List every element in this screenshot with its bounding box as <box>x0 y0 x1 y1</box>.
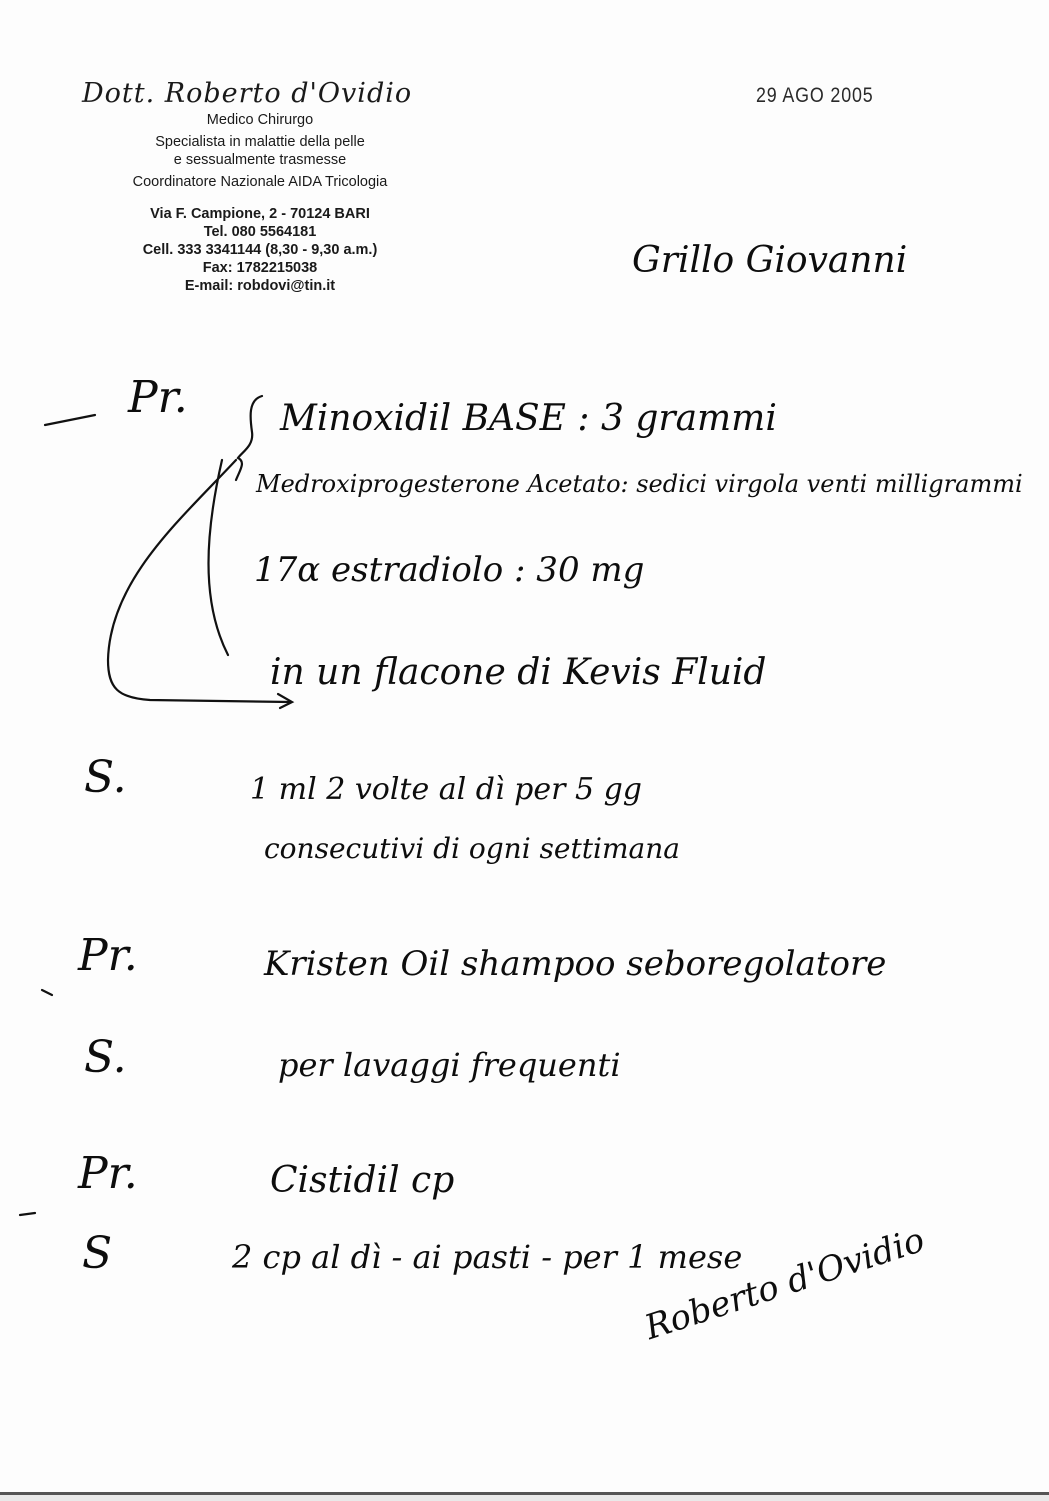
sig2-line-1: per lavaggi frequenti <box>278 1046 621 1084</box>
fax: Fax: 1782215038 <box>80 259 440 277</box>
sig1-line-1: 1 ml 2 volte al dì per 5 gg <box>250 772 642 807</box>
rx1-line-2: Medroxiprogesterone Acetato: sedici virg… <box>256 470 1023 498</box>
specialty-line-2: e sessualmente trasmesse <box>80 151 440 169</box>
inner-bracket <box>209 460 229 655</box>
rx1-line-4: in un flacone di Kevis Fluid <box>270 652 766 693</box>
sig1-line-2: consecutivi di ogni settimana <box>264 832 680 865</box>
dash-mark-2 <box>42 990 52 995</box>
rx-mark-2: Pr. <box>78 930 138 981</box>
rx1-line-3: 17α estradiolo : 30 mg <box>254 550 644 590</box>
sig-mark-3: S <box>82 1228 112 1279</box>
sig3-line-1: 2 cp al dì - ai pasti - per 1 mese <box>232 1238 742 1276</box>
telephone: Tel. 080 5564181 <box>80 223 440 241</box>
scan-edge-strip <box>0 1495 1049 1501</box>
contact-block: Via F. Campione, 2 - 70124 BARI Tel. 080… <box>80 205 440 295</box>
specialty-line-1: Specialista in malattie della pelle <box>80 133 440 151</box>
dash-mark-3 <box>20 1213 35 1215</box>
rx1-line-1: Minoxidil BASE : 3 grammi <box>280 398 777 439</box>
patient-name: Grillo Giovanni <box>632 240 907 281</box>
letterhead: Dott. Roberto d'Ovidio Medico Chirurgo S… <box>80 78 440 295</box>
doctor-title: Medico Chirurgo <box>80 111 440 129</box>
date-stamp: 29 AGO 2005 <box>756 84 874 108</box>
prescription-page: Dott. Roberto d'Ovidio Medico Chirurgo S… <box>0 0 1049 1501</box>
doctor-name: Dott. Roberto d'Ovidio <box>80 78 440 109</box>
rx3-line-1: Cistidil cp <box>270 1160 454 1201</box>
dash-mark-1 <box>45 415 95 425</box>
arrow-head <box>278 694 292 708</box>
sig-mark-1: S. <box>84 752 127 803</box>
coordinator-line: Coordinatore Nazionale AIDA Tricologia <box>80 173 440 191</box>
rx2-line-1: Kristen Oil shampoo seboregolatore <box>264 944 886 984</box>
sig-mark-2: S. <box>84 1032 127 1083</box>
rx-mark-3: Pr. <box>78 1148 138 1199</box>
brace <box>236 396 262 480</box>
rx-mark-1: Pr. <box>128 372 188 423</box>
email: E-mail: robdovi@tin.it <box>80 277 440 295</box>
address: Via F. Campione, 2 - 70124 BARI <box>80 205 440 223</box>
cellphone: Cell. 333 3341144 (8,30 - 9,30 a.m.) <box>80 241 440 259</box>
